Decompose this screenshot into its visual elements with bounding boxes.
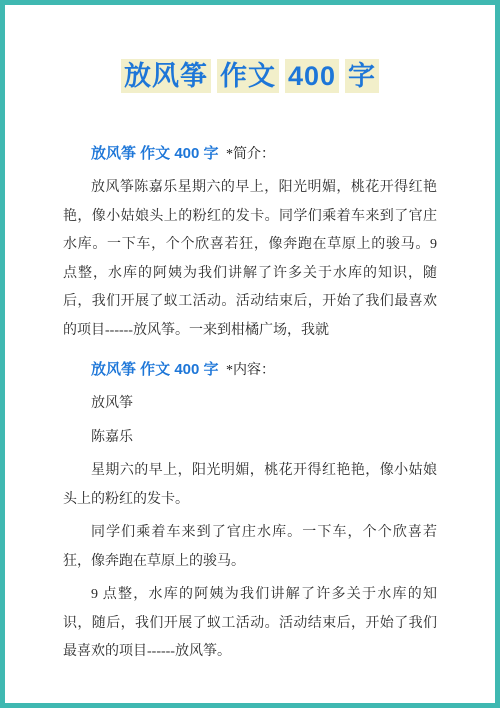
essay-paragraph-1: 星期六的早上，阳光明媚，桃花开得红艳艳，像小姑娘头上的粉红的发卡。 [63, 457, 437, 514]
intro-heading-label: *简介： [226, 147, 275, 162]
title-keyword-3[interactable]: 400 [285, 59, 339, 93]
essay-paragraph-2: 同学们乘着车来到了官庄水库。一下车，个个欣喜若狂，像奔跑在草原上的骏马。 [63, 519, 437, 576]
essay-document-page: 放风筝作文400字 放风筝 作文 400 字 *简介： 放风筝陈嘉乐星期六的早上… [0, 0, 500, 708]
title-keyword-2[interactable]: 作文 [217, 59, 279, 93]
content-heading-label: *内容： [226, 363, 275, 378]
title-keyword-1[interactable]: 放风筝 [121, 59, 211, 93]
intro-section-heading: 放风筝 作文 400 字 *简介： [63, 139, 437, 169]
intro-heading-keyword-link[interactable]: 放风筝 作文 400 字 [91, 145, 219, 162]
content-heading-keyword-link[interactable]: 放风筝 作文 400 字 [91, 361, 219, 378]
essay-paragraph-3: 9 点整，水库的阿姨为我们讲解了许多关于水库的知识，随后，我们开展了蚁工活动。活… [63, 581, 437, 667]
essay-title-line: 放风筝 [63, 390, 437, 419]
page-title: 放风筝作文400字 [0, 0, 500, 93]
essay-content: 放风筝 作文 400 字 *简介： 放风筝陈嘉乐星期六的早上，阳光明媚，桃花开得… [0, 139, 500, 667]
title-keyword-4[interactable]: 字 [345, 59, 379, 93]
intro-paragraph: 放风筝陈嘉乐星期六的早上，阳光明媚，桃花开得红艳艳，像小姑娘头上的粉红的发卡。同… [63, 174, 437, 345]
essay-author-line: 陈嘉乐 [63, 424, 437, 453]
content-section-heading: 放风筝 作文 400 字 *内容： [63, 355, 437, 385]
